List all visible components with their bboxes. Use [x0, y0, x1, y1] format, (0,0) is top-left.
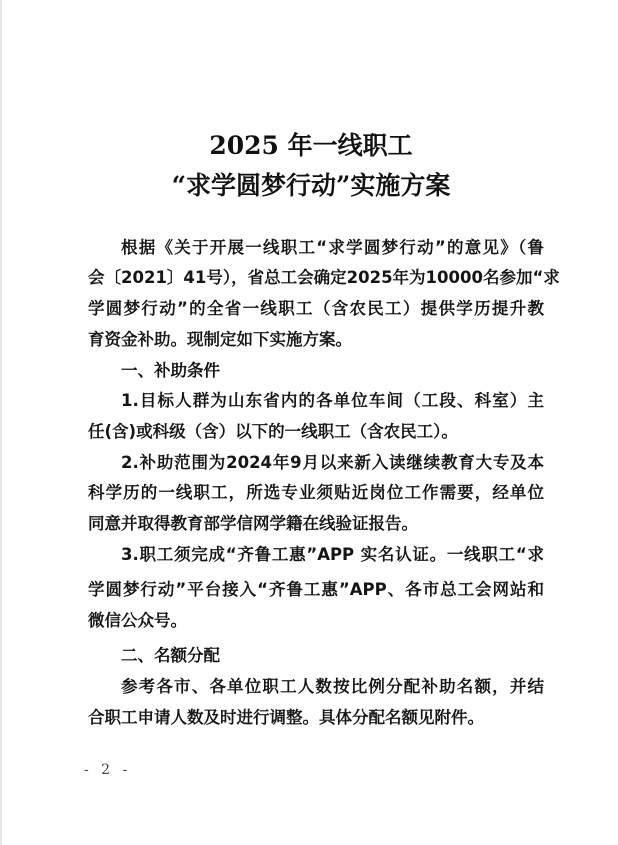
intro-paragraph-line: 会〔2021〕41号），省总工会确定2025年为10000名参加“求	[88, 268, 544, 288]
section-paragraph-line: 微信公众号。	[88, 611, 544, 631]
section-heading-subsidy-conditions: 一、补助条件	[121, 361, 220, 381]
section-paragraph-line: 2.补助范围为2024年9月以来新入读继续教育大专及本	[121, 453, 544, 473]
page-number: - 2 -	[84, 762, 131, 778]
document-title-line-2: “求学圆梦行动”实施方案	[2, 166, 618, 202]
section-paragraph-line: 合职工申请人数及时进行调整。具体分配名额见附件。	[88, 708, 544, 728]
document-title-line-1: 2025 年一线职工	[2, 126, 618, 162]
section-paragraph-line: 任(含)或科级（含）以下的一线职工（含农民工）。	[88, 422, 544, 442]
section-paragraph-line: 同意并取得教育部学信网学籍在线验证报告。	[88, 514, 544, 534]
section-paragraph-line: 1.目标人群为山东省内的各单位车间（工段、科室）主	[121, 391, 544, 411]
intro-paragraph-line: 学圆梦行动”的全省一线职工（含农民工）提供学历提升教	[88, 299, 544, 319]
intro-paragraph-line: 育资金补助。现制定如下实施方案。	[88, 330, 544, 350]
section-heading-quota-allocation: 二、名额分配	[121, 646, 220, 666]
section-paragraph-line: 学圆梦行动”平台接入“齐鲁工惠”APP、各市总工会网站和	[88, 580, 544, 600]
section-paragraph-line: 参考各市、各单位职工人数按比例分配补助名额，并结	[121, 677, 544, 697]
section-paragraph-line: 3.职工须完成“齐鲁工惠”APP 实名认证。一线职工“求	[121, 545, 544, 565]
intro-paragraph-line: 根据《关于开展一线职工“求学圆梦行动”的意见》（鲁	[121, 238, 544, 258]
document-page: 2025 年一线职工 “求学圆梦行动”实施方案 根据《关于开展一线职工“求学圆梦…	[0, 0, 618, 845]
section-paragraph-line: 科学历的一线职工，所选专业须贴近岗位工作需要，经单位	[88, 483, 544, 503]
